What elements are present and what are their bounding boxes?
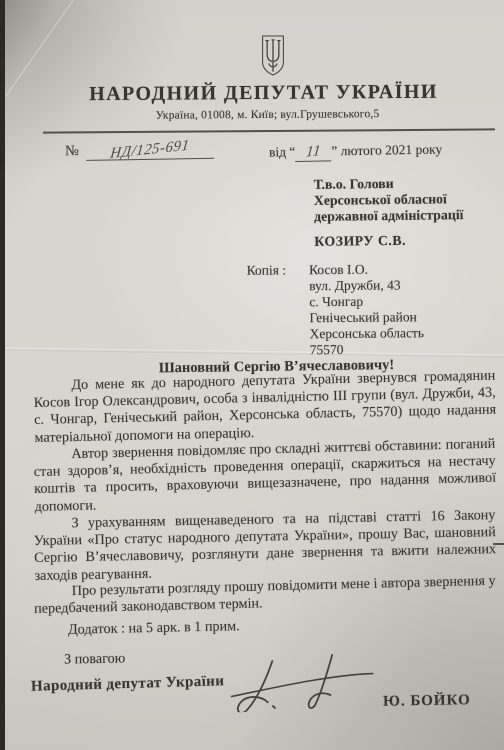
- attachment-note: Додаток : на 5 арк. в 1 прим.: [68, 618, 240, 639]
- handwritten-day: 11: [305, 143, 322, 162]
- copy-line: 75570: [310, 341, 425, 358]
- copy-block: Копія : Косов І.О. вул. Дружби, 43 с. Чо…: [247, 261, 425, 359]
- recipient-line: державної адміністрації: [314, 207, 464, 225]
- paper-crease-diagonal: [6, 0, 76, 97]
- copy-line: Генічеський район: [309, 309, 424, 326]
- copy-line: Херсонська область: [310, 325, 425, 342]
- date-prefix: від “: [269, 144, 296, 159]
- copy-line: Косов І.О.: [309, 261, 424, 278]
- number-underline: НД/125-691: [86, 141, 214, 161]
- signature-icon: [225, 647, 379, 712]
- letter-page: НАРОДНИЙ ДЕПУТАТ УКРАЇНИ Україна, 01008,…: [5, 0, 504, 750]
- body-paragraph: З урахуванням вищенаведеного та на підст…: [33, 507, 496, 585]
- signer-title: Народний депутат України: [31, 673, 225, 695]
- copy-label: Копія :: [247, 262, 287, 358]
- letterhead-title: НАРОДНИЙ ДЕПУТАТ УКРАЇНИ: [5, 80, 504, 106]
- body-paragraph: До мене як до народного депутата України…: [33, 368, 496, 447]
- letter-body: До мене як до народного депутата України…: [34, 378, 496, 619]
- ukraine-trident-emblem-icon: [260, 33, 286, 78]
- date-underline: 11: [295, 143, 331, 162]
- date-suffix: ” лютого 2021 року: [331, 141, 442, 158]
- letterhead-address: Україна, 01008, м. Київ; вул.Грушевськог…: [5, 107, 504, 122]
- recipient-name: КОЗИРУ С.В.: [314, 232, 464, 250]
- recipient-line: Т.в.о. Голови: [314, 175, 464, 193]
- letterhead-divider: [43, 128, 495, 133]
- signer-name: Ю. БОЙКО: [383, 692, 471, 711]
- number-label: №: [65, 143, 79, 159]
- recipient-block: Т.в.о. Голови Херсонської обласної держа…: [314, 175, 464, 250]
- copy-address: Косов І.О. вул. Дружби, 43 с. Чонгар Ген…: [309, 261, 424, 358]
- handwritten-number: НД/125-691: [109, 138, 190, 164]
- body-paragraph: Автор звернення повідомляє про складні ж…: [33, 436, 497, 516]
- recipient-line: Херсонської обласної: [314, 191, 464, 209]
- copy-line: с. Чонгар: [309, 293, 424, 310]
- date-row: від “11” лютого 2021 року: [269, 141, 442, 162]
- regards-line: З повагою: [64, 650, 126, 668]
- copy-line: вул. Дружби, 43: [309, 277, 424, 294]
- reference-number-row: №НД/125-691: [65, 141, 214, 162]
